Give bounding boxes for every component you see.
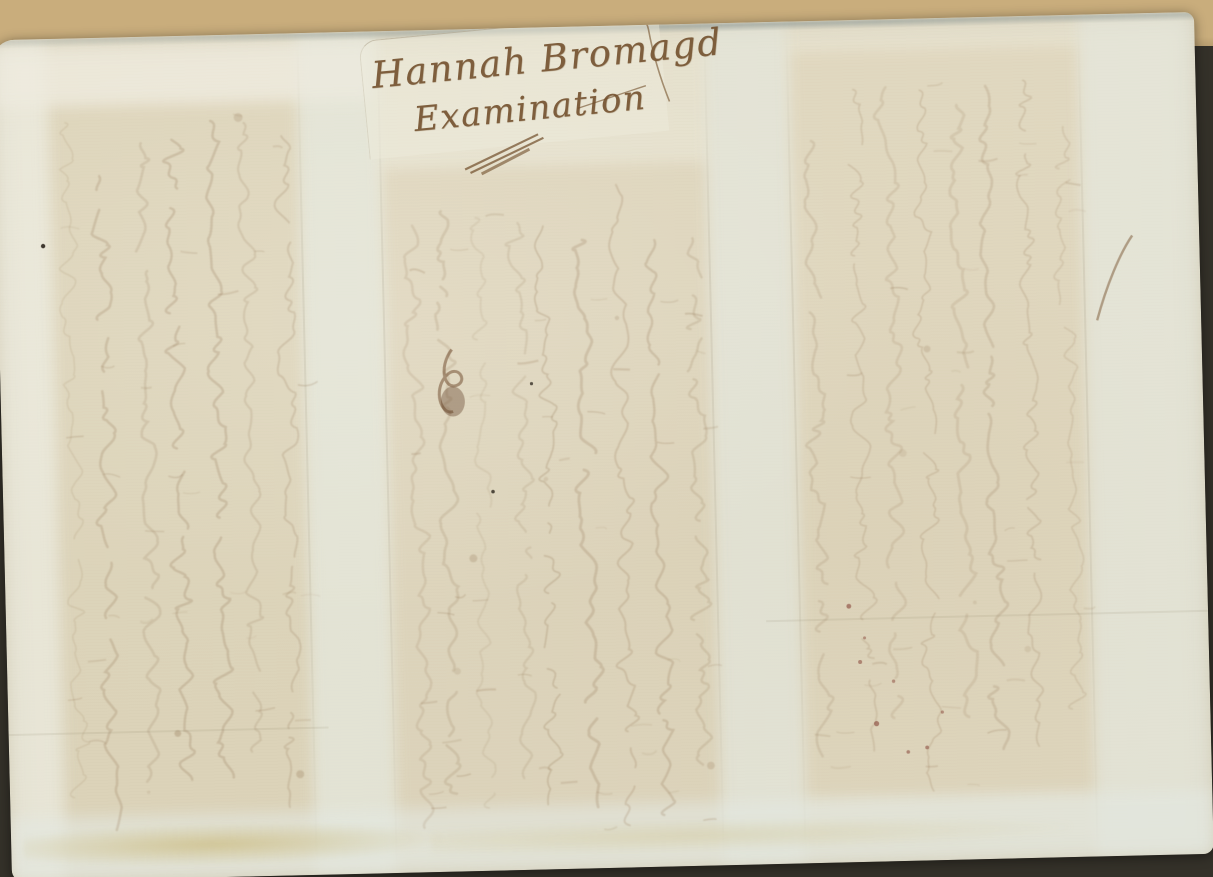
pen-stroke-mark xyxy=(1095,235,1134,320)
flourish-tail xyxy=(576,86,647,109)
flourish-stroke xyxy=(480,149,532,174)
ink-blot xyxy=(441,386,466,417)
manuscript-page: Hannah Bromagd Examination xyxy=(0,12,1213,877)
black-speck xyxy=(491,490,495,494)
manuscript-scan: Hannah Bromagd Examination xyxy=(0,0,1213,877)
red-speck-cluster xyxy=(846,602,945,755)
black-speck xyxy=(530,382,533,385)
flourish-stroke xyxy=(468,138,546,173)
black-speck xyxy=(41,244,46,249)
